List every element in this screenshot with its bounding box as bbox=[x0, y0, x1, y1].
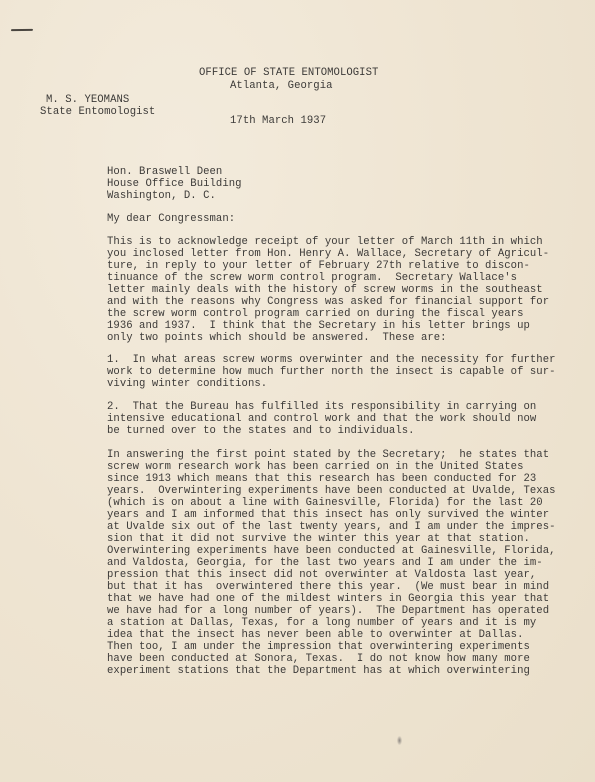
paragraph-line: screw worm research work has been carrie… bbox=[107, 461, 556, 473]
paragraph-line: In answering the first point stated by t… bbox=[107, 449, 556, 461]
body-paragraph-3: 2. That the Bureau has fulfilled its res… bbox=[107, 401, 536, 437]
ink-smudge bbox=[397, 736, 402, 745]
paragraph-line: only two points which should be answered… bbox=[107, 332, 549, 344]
sender-name: M. S. YEOMANS bbox=[46, 94, 129, 106]
letterhead-office: OFFICE OF STATE ENTOMOLOGIST bbox=[199, 67, 378, 79]
letterhead-city: Atlanta, Georgia bbox=[230, 80, 333, 92]
sender-title: State Entomologist bbox=[40, 106, 155, 118]
paragraph-line: a station at Dallas, Texas, for a long n… bbox=[107, 617, 556, 629]
body-paragraph-1: This is to acknowledge receipt of your l… bbox=[107, 236, 549, 344]
paragraph-line: at Uvalde six out of the last twenty yea… bbox=[107, 521, 556, 533]
paragraph-line: tinuance of the screw worm control progr… bbox=[107, 272, 549, 284]
paragraph-line: letter mainly deals with the history of … bbox=[107, 284, 549, 296]
recipient-line: Hon. Braswell Deen bbox=[107, 166, 222, 178]
paragraph-line: since 1913 which means that this researc… bbox=[107, 473, 556, 485]
recipient-line: Washington, D. C. bbox=[107, 190, 216, 202]
paragraph-line: work to determine how much further north… bbox=[107, 366, 556, 378]
paragraph-line: idea that the insect has never been able… bbox=[107, 629, 556, 641]
paragraph-line: 2. That the Bureau has fulfilled its res… bbox=[107, 401, 536, 413]
salutation: My dear Congressman: bbox=[107, 213, 235, 225]
body-paragraph-4: In answering the first point stated by t… bbox=[107, 449, 556, 677]
paragraph-line: the screw worm control program carried o… bbox=[107, 308, 549, 320]
paragraph-line: ture, in reply to your letter of Februar… bbox=[107, 260, 549, 272]
recipient-line: House Office Building bbox=[107, 178, 242, 190]
letter-page: OFFICE OF STATE ENTOMOLOGIST Atlanta, Ge… bbox=[0, 0, 595, 782]
paragraph-line: we have had for a long number of years).… bbox=[107, 605, 556, 617]
paragraph-line: and Valdosta, Georgia, for the last two … bbox=[107, 557, 556, 569]
paragraph-line: have been conducted at Sonora, Texas. I … bbox=[107, 653, 556, 665]
body-paragraph-2: 1. In what areas screw worms overwinter … bbox=[107, 354, 556, 390]
paragraph-line: Then too, I am under the impression that… bbox=[107, 641, 556, 653]
pencil-mark bbox=[11, 29, 33, 31]
paragraph-line: 1936 and 1937. I think that the Secretar… bbox=[107, 320, 549, 332]
paragraph-line: Overwintering experiments have been cond… bbox=[107, 545, 556, 557]
paragraph-line: that we have had one of the mildest wint… bbox=[107, 593, 556, 605]
paragraph-line: (which is on about a line with Gainesvil… bbox=[107, 497, 556, 509]
paragraph-line: This is to acknowledge receipt of your l… bbox=[107, 236, 549, 248]
letter-date: 17th March 1937 bbox=[230, 115, 326, 127]
paragraph-line: experiment stations that the Department … bbox=[107, 665, 556, 677]
paragraph-line: be turned over to the states and to indi… bbox=[107, 425, 536, 437]
paragraph-line: you inclosed letter from Hon. Henry A. W… bbox=[107, 248, 549, 260]
paragraph-line: sion that it did not survive the winter … bbox=[107, 533, 556, 545]
paragraph-line: intensive educational and control work a… bbox=[107, 413, 536, 425]
paragraph-line: years. Overwintering experiments have be… bbox=[107, 485, 556, 497]
paragraph-line: years and I am informed that this insect… bbox=[107, 509, 556, 521]
paragraph-line: but that it has overwintered there this … bbox=[107, 581, 556, 593]
paragraph-line: and with the reasons why Congress was as… bbox=[107, 296, 549, 308]
paragraph-line: 1. In what areas screw worms overwinter … bbox=[107, 354, 556, 366]
paragraph-line: pression that this insect did not overwi… bbox=[107, 569, 556, 581]
paragraph-line: viving winter conditions. bbox=[107, 378, 556, 390]
